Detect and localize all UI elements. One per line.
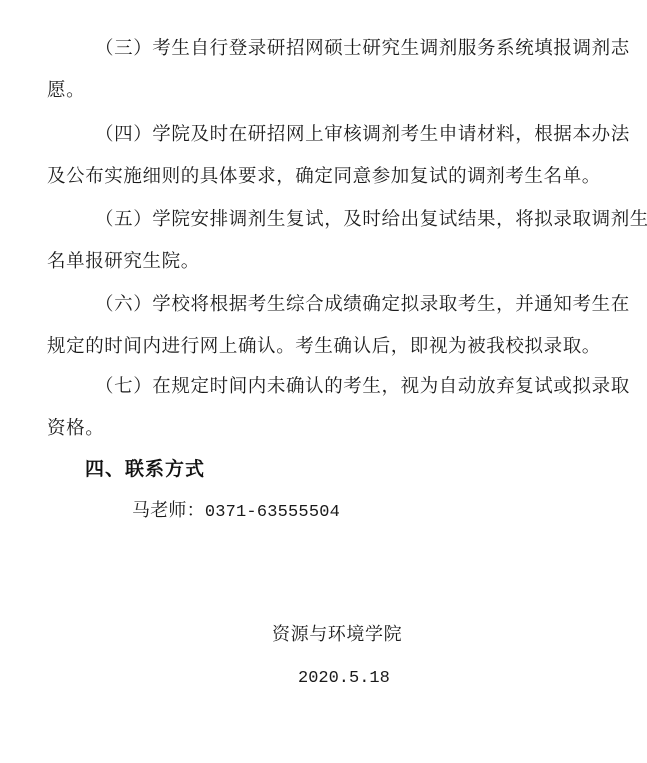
paragraph-line: 名单报研究生院。 [47,241,607,283]
contact-phone: 0371-63555504 [205,503,340,522]
paragraph-line: 规定的时间内进行网上确认。考生确认后，即视为被我校拟录取。 [47,326,607,368]
paragraph-line: （七）在规定时间内未确认的考生，视为自动放弃复试或拟录取 [47,366,607,408]
signature-organization: 资源与环境学院 [272,617,402,653]
paragraph-line: （五）学院安排调剂生复试，及时给出复试结果，将拟录取调剂生 [47,199,607,241]
section-heading-contact: 四、联系方式 [85,451,205,487]
paragraph-line: （四）学院及时在研招网上审核调剂考生申请材料，根据本办法 [47,114,607,156]
paragraph-line: 愿。 [47,70,607,112]
paragraph-item-6: （六）学校将根据考生综合成绩确定拟录取考生，并通知考生在 规定的时间内进行网上确… [47,284,607,368]
paragraph-item-4: （四）学院及时在研招网上审核调剂考生申请材料，根据本办法 及公布实施细则的具体要… [47,114,607,198]
paragraph-line: （三）考生自行登录研招网硕士研究生调剂服务系统填报调剂志 [47,28,607,70]
paragraph-line: 资格。 [47,408,607,450]
paragraph-item-7: （七）在规定时间内未确认的考生，视为自动放弃复试或拟录取 资格。 [47,366,607,450]
contact-line: 马老师：0371-63555504 [132,493,340,531]
paragraph-line: 及公布实施细则的具体要求，确定同意参加复试的调剂考生名单。 [47,156,607,198]
paragraph-item-3: （三）考生自行登录研招网硕士研究生调剂服务系统填报调剂志 愿。 [47,28,607,112]
contact-label: 马老师： [132,500,205,521]
document-page: （三）考生自行登录研招网硕士研究生调剂服务系统填报调剂志 愿。 （四）学院及时在… [0,0,647,763]
signature-date: 2020.5.18 [298,661,390,697]
paragraph-item-5: （五）学院安排调剂生复试，及时给出复试结果，将拟录取调剂生 名单报研究生院。 [47,199,607,283]
paragraph-line: （六）学校将根据考生综合成绩确定拟录取考生，并通知考生在 [47,284,607,326]
